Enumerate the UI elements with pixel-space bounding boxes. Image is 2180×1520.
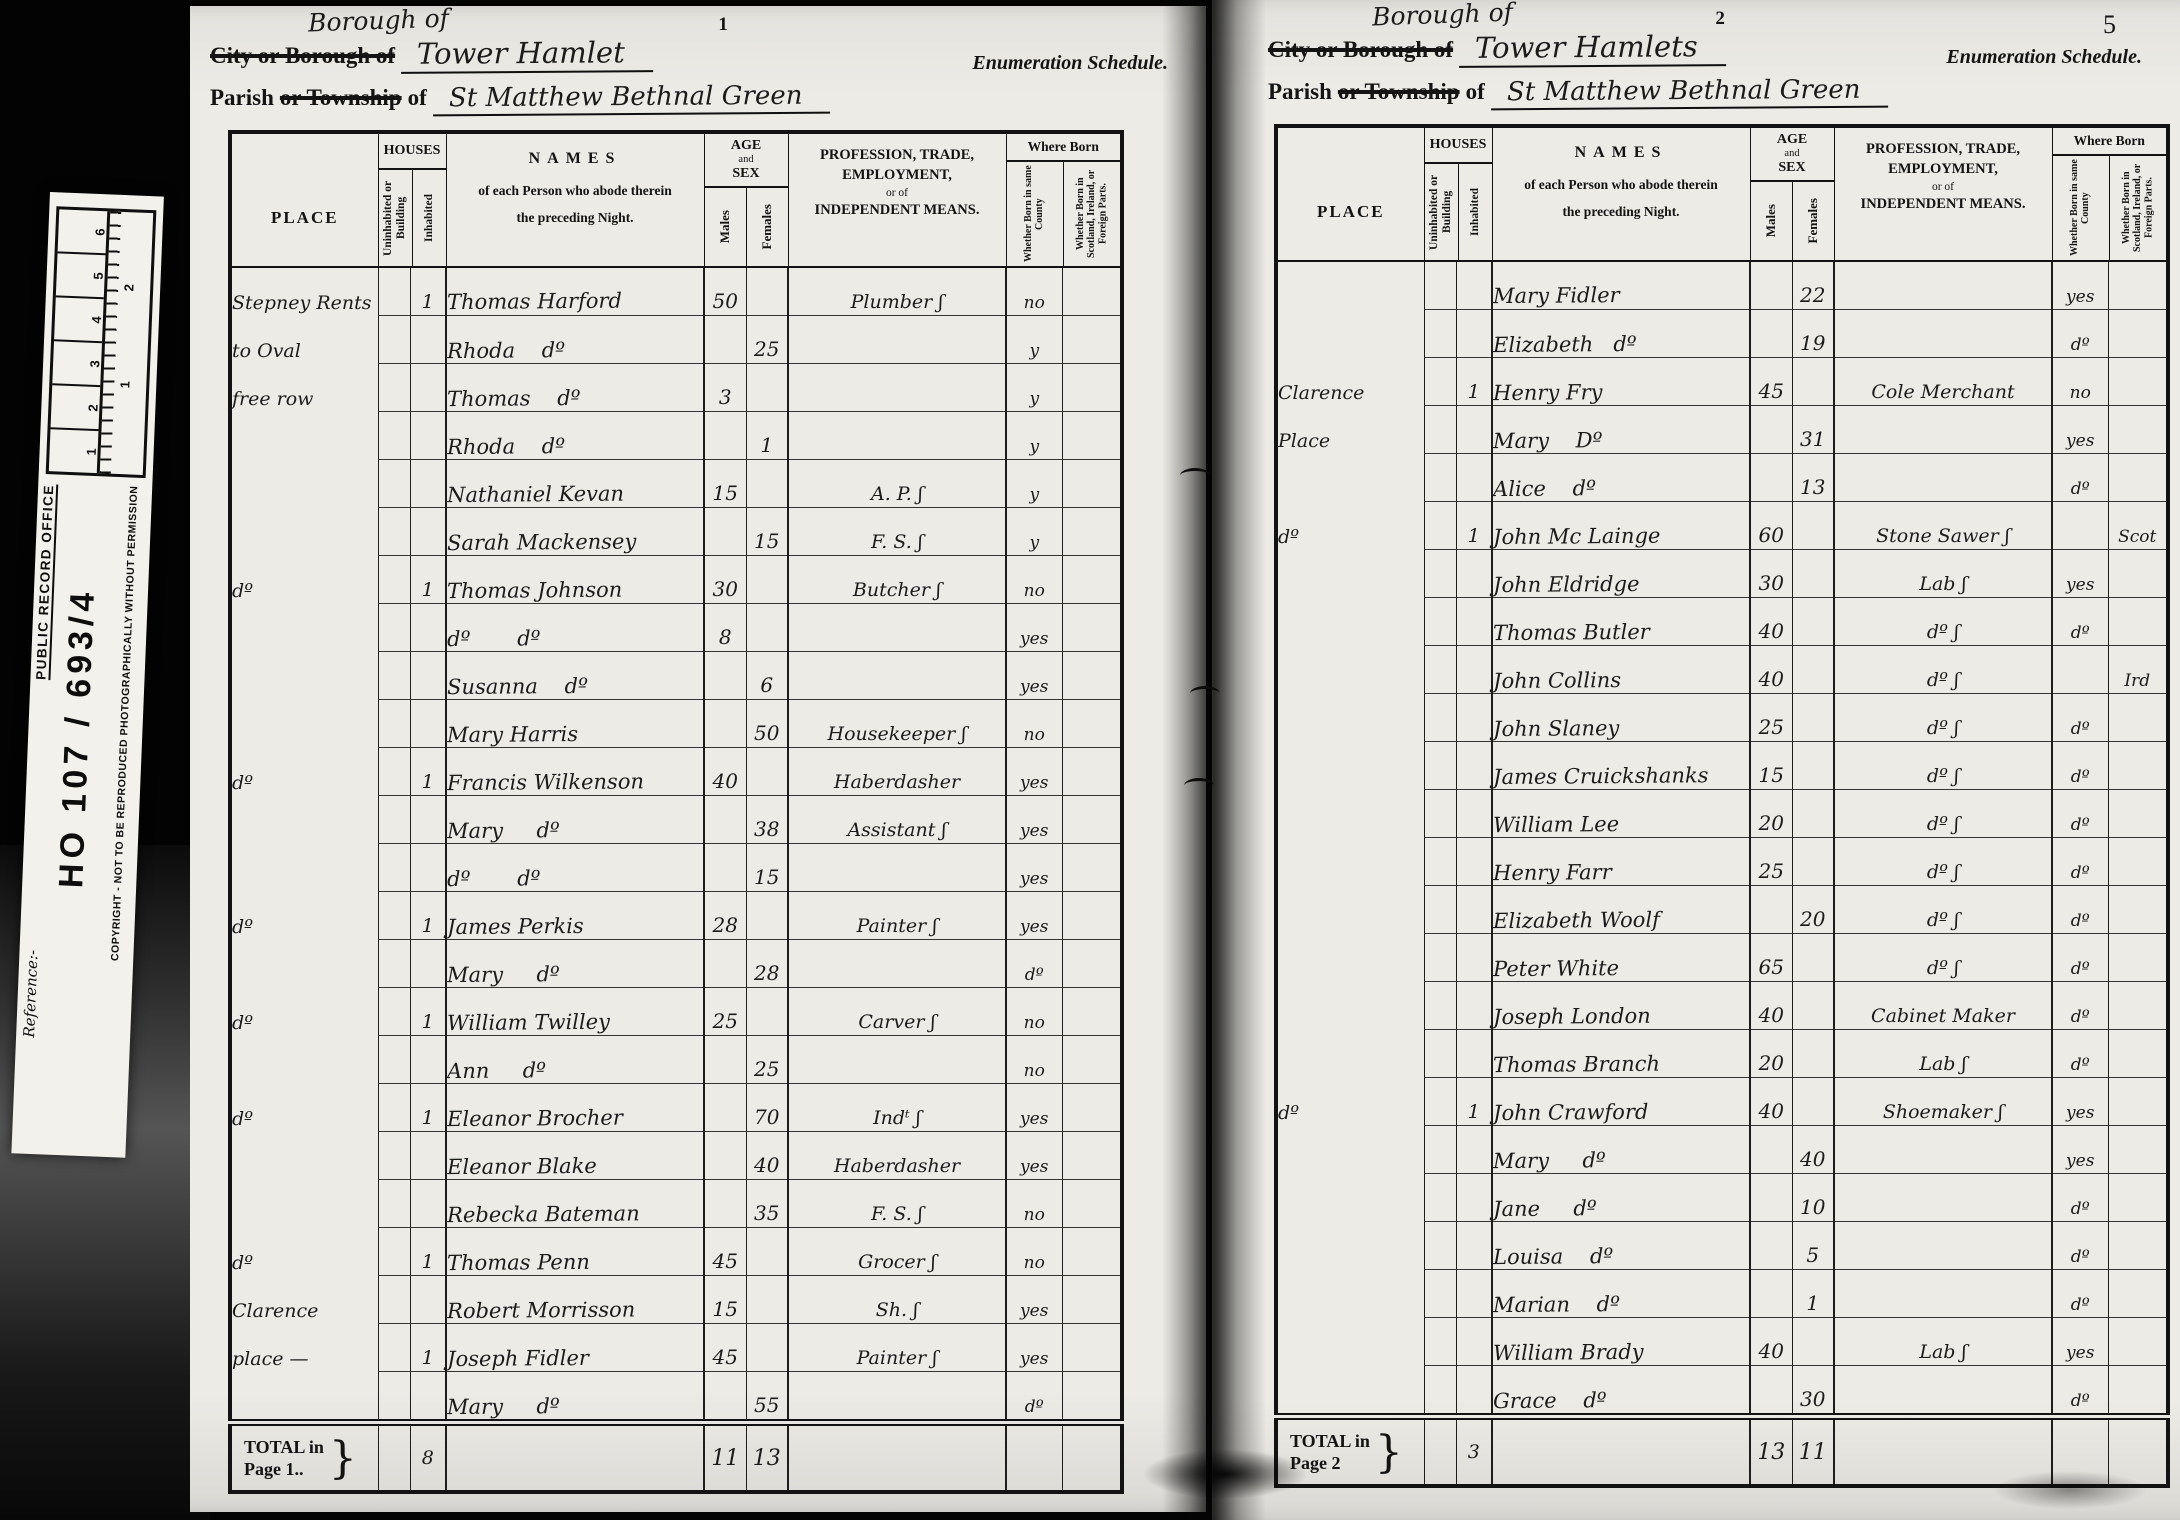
cell-profession: dº ʃ — [1834, 742, 2052, 790]
table-row: dº1John Mc Lainge60Stone Sawer ʃScot — [1276, 502, 2168, 550]
cell-uninhabited — [378, 364, 410, 412]
parish-label: Parish — [210, 85, 274, 111]
cell-females — [1792, 502, 1834, 550]
cell-total-profession — [788, 1423, 1006, 1493]
enumeration-schedule-label: Enumeration Schedule. — [972, 52, 1168, 75]
cell-county: no — [1006, 267, 1062, 316]
cell-name: Rebecka Bateman — [446, 1178, 704, 1228]
cell-name: Grace dº — [1492, 1364, 1750, 1417]
cell-profession: Cole Merchant — [1834, 358, 2052, 406]
cell-county: dº — [2052, 1222, 2108, 1270]
cell-name: William Lee — [1492, 788, 1750, 838]
ruler-cm-cell: 6 — [58, 209, 107, 255]
cell-inhabited: 1 — [410, 1084, 446, 1132]
table-row: PlaceMary Dº31yes — [1276, 406, 2168, 454]
table-row: Joseph London40Cabinet Makerdº — [1276, 982, 2168, 1030]
cell-profession: dº ʃ — [1834, 934, 2052, 982]
cell-inhabited — [1456, 550, 1492, 598]
cell-place: dº — [230, 892, 378, 940]
cell-other — [1062, 508, 1122, 556]
cell-uninhabited — [378, 1180, 410, 1228]
ink-smudge — [1990, 1470, 2150, 1510]
cell-county: y — [1006, 412, 1062, 460]
city-or-borough-label: City or Borough of — [210, 43, 395, 69]
cell-inhabited — [410, 364, 446, 412]
cell-place — [1276, 261, 1424, 310]
cell-profession — [788, 1036, 1006, 1084]
cell-other — [1062, 364, 1122, 412]
cell-total-names — [1492, 1417, 1750, 1487]
cell-uninhabited — [378, 604, 410, 652]
or-township-label: or Township — [280, 85, 402, 111]
cell-inhabited — [1456, 1222, 1492, 1270]
cell-name: Mary dº — [446, 794, 704, 844]
cell-other: Ird — [2108, 646, 2168, 694]
cell-county: dº — [2052, 694, 2108, 742]
cell-total-houses: 3 — [1456, 1417, 1492, 1487]
column-uninhabited: Uninhabited or Building — [1428, 166, 1454, 258]
cell-males — [704, 1084, 746, 1132]
census-page-2: 2 5 Borough of City or Borough of Tower … — [1212, 0, 2180, 1520]
cell-profession: Shoemaker ʃ — [1834, 1078, 2052, 1126]
column-place: PLACE — [230, 132, 378, 267]
cell-name: dº dº — [446, 842, 704, 892]
cell-males: 25 — [1750, 838, 1792, 886]
cell-name: Peter White — [1492, 932, 1750, 982]
cell-uninhabited — [378, 1324, 410, 1372]
cell-place: dº — [230, 556, 378, 604]
column-age-sex: AGE and SEX Males Females — [1750, 126, 1834, 261]
cell-males: 50 — [704, 267, 746, 316]
cell-males: 25 — [1750, 694, 1792, 742]
cell-inhabited — [410, 460, 446, 508]
cell-profession: Grocer ʃ — [788, 1228, 1006, 1276]
cell-uninhabited — [378, 844, 410, 892]
cell-inhabited: 1 — [410, 988, 446, 1036]
cell-county: dº — [2052, 1366, 2108, 1417]
cell-name: Robert Morrisson — [446, 1274, 704, 1324]
cell-other — [1062, 844, 1122, 892]
cell-uninhabited — [1424, 742, 1456, 790]
cell-uninhabited — [378, 316, 410, 364]
cell-other — [1062, 1324, 1122, 1372]
cell-uninhabited — [378, 988, 410, 1036]
column-inhabited: Inhabited — [423, 194, 436, 242]
cell-county: yes — [1006, 1084, 1062, 1132]
cell-other — [2108, 742, 2168, 790]
cell-place: to Oval — [230, 316, 378, 364]
cell-other — [1062, 1228, 1122, 1276]
column-profession: PROFESSION, TRADE, EMPLOYMENT, or of IND… — [788, 132, 1006, 267]
cell-inhabited: 1 — [410, 556, 446, 604]
table-row: Sarah Mackensey15F. S. ʃy — [230, 508, 1122, 556]
table-row: dº1William Twilley25Carver ʃno — [230, 988, 1122, 1036]
cell-place — [1276, 838, 1424, 886]
table-row: Elizabeth dº19dº — [1276, 310, 2168, 358]
cell-county: dº — [2052, 454, 2108, 502]
cell-uninhabited — [378, 652, 410, 700]
column-inhabited: Inhabited — [1469, 188, 1482, 236]
cell-uninhabited — [1424, 261, 1456, 310]
table-row: Thomas Butler40dº ʃdº — [1276, 598, 2168, 646]
cell-inhabited — [1456, 454, 1492, 502]
cell-inhabited — [1456, 646, 1492, 694]
cell-females: 15 — [746, 844, 788, 892]
cell-other — [1062, 700, 1122, 748]
cell-profession: Housekeeper ʃ — [788, 700, 1006, 748]
cell-county: yes — [1006, 796, 1062, 844]
cell-females: 1 — [746, 412, 788, 460]
cell-males: 40 — [1750, 1078, 1792, 1126]
cell-other — [2108, 454, 2168, 502]
cell-profession: dº ʃ — [1834, 694, 2052, 742]
parish-value: St Matthew Bethnal Green — [1491, 75, 1889, 111]
cell-name: dº dº — [446, 602, 704, 652]
cell-females: 13 — [1792, 454, 1834, 502]
cell-inhabited — [410, 1372, 446, 1423]
column-names: NAMES of each Person who abode therein t… — [446, 132, 704, 267]
cell-uninhabited — [1424, 1270, 1456, 1318]
cell-place: Clarence — [1276, 358, 1424, 406]
cell-females: 30 — [1792, 1366, 1834, 1417]
table-row: John Collins40dº ʃIrd — [1276, 646, 2168, 694]
cell-name: William Twilley — [446, 986, 704, 1036]
table-row: Rhoda dº1y — [230, 412, 1122, 460]
cell-females — [746, 1276, 788, 1324]
cell-uninhabited — [1424, 454, 1456, 502]
cell-females: 70 — [746, 1084, 788, 1132]
cell-males — [704, 1132, 746, 1180]
column-names: NAMES of each Person who abode therein t… — [1492, 126, 1750, 261]
cell-other — [1062, 748, 1122, 796]
cell-females — [746, 460, 788, 508]
cell-uninhabited — [378, 940, 410, 988]
cell-place: Clarence — [230, 1276, 378, 1324]
page-number: 2 — [1715, 8, 1725, 30]
cell-profession: F. S. ʃ — [788, 508, 1006, 556]
cell-males: 30 — [704, 556, 746, 604]
cell-males — [704, 844, 746, 892]
cell-county: no — [1006, 1036, 1062, 1084]
cell-county: yes — [1006, 844, 1062, 892]
cell-profession: Carver ʃ — [788, 988, 1006, 1036]
column-born-same-county: Whether Born in same County — [1023, 164, 1045, 264]
cell-place: dº — [1276, 502, 1424, 550]
cell-inhabited — [1456, 742, 1492, 790]
binding-stitch — [1180, 468, 1210, 483]
cell-other — [1062, 940, 1122, 988]
cell-name: Ann dº — [446, 1034, 704, 1084]
cell-county: dº — [2052, 1030, 2108, 1078]
cell-inhabited — [1456, 1174, 1492, 1222]
cell-inhabited: 1 — [1456, 358, 1492, 406]
table-row: dº1Eleanor Brocher70Indᵗ ʃyes — [230, 1084, 1122, 1132]
table-row: William Lee20dº ʃdº — [1276, 790, 2168, 838]
cell-males: 28 — [704, 892, 746, 940]
cell-other — [2108, 1174, 2168, 1222]
cell-profession — [788, 316, 1006, 364]
cell-females — [1792, 694, 1834, 742]
cell-females: 10 — [1792, 1174, 1834, 1222]
cell-county: y — [1006, 508, 1062, 556]
cell-males: 20 — [1750, 1030, 1792, 1078]
parish-label: Parish — [1268, 79, 1332, 105]
cell-other — [1062, 1276, 1122, 1324]
cell-place — [230, 652, 378, 700]
table-row: Grace dº30dº — [1276, 1366, 2168, 1417]
table-row: Nathaniel Kevan15A. P. ʃy — [230, 460, 1122, 508]
cell-uninhabited — [1424, 694, 1456, 742]
cell-name: John Eldridge — [1492, 548, 1750, 598]
cell-females: 25 — [746, 1036, 788, 1084]
cell-name: Elizabeth Woolf — [1492, 884, 1750, 934]
cell-profession — [788, 844, 1006, 892]
cell-county: yes — [2052, 1126, 2108, 1174]
cell-inhabited: 1 — [1456, 1078, 1492, 1126]
of-label: of — [1466, 79, 1485, 105]
cell-other — [1062, 267, 1122, 316]
cell-uninhabited — [1424, 406, 1456, 454]
cell-county: dº — [2052, 742, 2108, 790]
cell-name: John Collins — [1492, 644, 1750, 694]
column-where-born: Where Born Whether Born in same County W… — [1006, 132, 1122, 267]
cell-inhabited — [1456, 934, 1492, 982]
cell-females — [746, 604, 788, 652]
cell-name: Thomas Johnson — [446, 554, 704, 604]
of-label: of — [408, 85, 427, 111]
cell-county: dº — [2052, 790, 2108, 838]
cell-place — [230, 1180, 378, 1228]
cell-inhabited — [410, 652, 446, 700]
cell-name: Sarah Mackensey — [446, 506, 704, 556]
cell-name: Thomas Penn — [446, 1226, 704, 1276]
enumeration-table: PLACE HOUSES Uninhabited or Building Inh… — [1274, 124, 2170, 1488]
cell-inhabited — [410, 700, 446, 748]
cell-name: James Perkis — [446, 890, 704, 940]
cell-place: dº — [230, 748, 378, 796]
cell-name: Francis Wilkenson — [446, 746, 704, 796]
cell-females — [1792, 358, 1834, 406]
cell-males — [704, 796, 746, 844]
cell-males — [704, 412, 746, 460]
cell-profession — [788, 652, 1006, 700]
cell-name: Mary dº — [446, 1370, 704, 1423]
cell-county: yes — [2052, 550, 2108, 598]
table-row: free rowThomas dº3y — [230, 364, 1122, 412]
cell-uninhabited — [378, 508, 410, 556]
cell-profession — [1834, 261, 2052, 310]
cell-county: no — [2052, 358, 2108, 406]
handwritten-borough-of: Borough of — [308, 4, 450, 38]
ruler-inch-scale: 2 1 — [96, 211, 153, 475]
cell-females — [746, 267, 788, 316]
cell-females: 40 — [1792, 1126, 1834, 1174]
table-row: Mary dº40yes — [1276, 1126, 2168, 1174]
cell-other — [1062, 556, 1122, 604]
cell-other — [1062, 892, 1122, 940]
cell-name: Alice dº — [1492, 452, 1750, 502]
binding-stitch — [1190, 686, 1220, 701]
cell-name: Eleanor Blake — [446, 1130, 704, 1180]
reference-number: HO 107 / 693/4 — [52, 587, 103, 889]
cell-county: no — [1006, 1228, 1062, 1276]
table-row: Jane dº10dº — [1276, 1174, 2168, 1222]
cell-place — [1276, 1126, 1424, 1174]
cell-name: James Cruickshanks — [1492, 740, 1750, 790]
cell-females — [746, 1228, 788, 1276]
cell-profession: Indᵗ ʃ — [788, 1084, 1006, 1132]
census-scan: 654321 2 1 PUBLIC RECORD OFFICE HO 107 /… — [0, 0, 2180, 1520]
cell-females: 55 — [746, 1372, 788, 1423]
parish-value: St Matthew Bethnal Green — [433, 81, 831, 117]
cell-name: Mary dº — [1492, 1124, 1750, 1174]
cell-males: 40 — [704, 748, 746, 796]
cell-name: John Crawford — [1492, 1076, 1750, 1126]
record-office-label: PUBLIC RECORD OFFICE — [33, 484, 56, 680]
cell-uninhabited — [378, 796, 410, 844]
table-row: Clarence1Henry Fry45Cole Merchantno — [1276, 358, 2168, 406]
cell-county: y — [1006, 460, 1062, 508]
column-where-born: Where Born Whether Born in same County W… — [2052, 126, 2168, 261]
cell-profession: dº ʃ — [1834, 598, 2052, 646]
cell-uninhabited — [1424, 550, 1456, 598]
table-row: Eleanor Blake40Haberdasheryes — [230, 1132, 1122, 1180]
cell-name: Susanna dº — [446, 650, 704, 700]
cell-females: 15 — [746, 508, 788, 556]
cell-place — [1276, 934, 1424, 982]
cell-name: Rhoda dº — [446, 314, 704, 364]
table-row: Marian dº1dº — [1276, 1270, 2168, 1318]
cell-county: no — [1006, 700, 1062, 748]
page-header: 1 Borough of City or Borough of Tower Ha… — [190, 6, 1206, 130]
cell-place — [230, 508, 378, 556]
cell-profession — [1834, 310, 2052, 358]
cell-inhabited — [410, 796, 446, 844]
cell-profession: Lab ʃ — [1834, 1030, 2052, 1078]
cell-name: Mary Dº — [1492, 404, 1750, 454]
cell-females — [1792, 1030, 1834, 1078]
cell-county: dº — [2052, 982, 2108, 1030]
column-houses: HOUSES Uninhabited or Building Inhabited — [1424, 126, 1492, 261]
cell-inhabited — [410, 316, 446, 364]
cell-inhabited: 1 — [410, 1324, 446, 1372]
cell-uninhabited — [1424, 1174, 1456, 1222]
cell-name: Thomas Branch — [1492, 1028, 1750, 1078]
cell-males: 20 — [1750, 790, 1792, 838]
cell-total-females: 13 — [746, 1423, 788, 1493]
cell-county: yes — [1006, 1324, 1062, 1372]
cell-name: Elizabeth dº — [1492, 308, 1750, 358]
cell-place: free row — [230, 364, 378, 412]
cell-uninhabited — [1424, 1318, 1456, 1366]
cell-other — [2108, 550, 2168, 598]
cell-place — [230, 940, 378, 988]
cell-profession: Plumber ʃ — [788, 267, 1006, 316]
cell-county: yes — [1006, 604, 1062, 652]
cell-place — [230, 1132, 378, 1180]
table-row: Henry Farr25dº ʃdº — [1276, 838, 2168, 886]
cell-females: 20 — [1792, 886, 1834, 934]
cell-total-names — [446, 1423, 704, 1493]
cell-profession: Butcher ʃ — [788, 556, 1006, 604]
cell-county: y — [1006, 364, 1062, 412]
cell-inhabited — [410, 508, 446, 556]
cell-place — [230, 700, 378, 748]
cell-other — [2108, 406, 2168, 454]
table-row: Stepney Rents1Thomas Harford50Plumber ʃn… — [230, 267, 1122, 316]
cell-males — [1750, 454, 1792, 502]
cell-other — [1062, 604, 1122, 652]
cell-county: yes — [1006, 892, 1062, 940]
table-row: Elizabeth Woolf20dº ʃdº — [1276, 886, 2168, 934]
cell-inhabited — [410, 844, 446, 892]
cell-inhabited — [410, 412, 446, 460]
cell-males: 45 — [1750, 358, 1792, 406]
cell-other — [2108, 1126, 2168, 1174]
cell-other — [2108, 1318, 2168, 1366]
cell-place — [230, 412, 378, 460]
ink-smudge — [1140, 1448, 1310, 1500]
cell-county: yes — [1006, 1132, 1062, 1180]
borough-value: Tower Hamlets — [1459, 29, 1726, 68]
cell-males: 15 — [704, 460, 746, 508]
cell-other — [2108, 310, 2168, 358]
cell-males: 40 — [1750, 1318, 1792, 1366]
cell-county: yes — [2052, 261, 2108, 310]
cell-inhabited — [1456, 261, 1492, 310]
cell-place — [1276, 646, 1424, 694]
cell-place: Stepney Rents — [230, 267, 378, 316]
cell-total-uninhabited — [1424, 1417, 1456, 1487]
column-born-same-county: Whether Born in same County — [2069, 158, 2091, 258]
cell-profession: dº ʃ — [1834, 886, 2052, 934]
cell-other: Scot — [2108, 502, 2168, 550]
cell-females — [746, 364, 788, 412]
cell-county: dº — [1006, 1372, 1062, 1423]
cell-county: no — [1006, 988, 1062, 1036]
cell-uninhabited — [1424, 358, 1456, 406]
cell-profession: A. P. ʃ — [788, 460, 1006, 508]
enumeration-schedule-label: Enumeration Schedule. — [1946, 46, 2142, 69]
cell-uninhabited — [1424, 310, 1456, 358]
cell-other — [1062, 796, 1122, 844]
column-place: PLACE — [1276, 126, 1424, 261]
cell-females: 25 — [746, 316, 788, 364]
cell-profession: dº ʃ — [1834, 790, 2052, 838]
table-row: ClarenceRobert Morrisson15Sh. ʃyes — [230, 1276, 1122, 1324]
table-row: dº dº15yes — [230, 844, 1122, 892]
cell-county: yes — [1006, 748, 1062, 796]
cell-county: dº — [2052, 934, 2108, 982]
cell-females: 50 — [746, 700, 788, 748]
cell-inhabited — [410, 1180, 446, 1228]
table-row: Mary Fidler22yes — [1276, 261, 2168, 310]
cell-inhabited — [1456, 1126, 1492, 1174]
cell-name: Thomas Butler — [1492, 596, 1750, 646]
cell-females: 19 — [1792, 310, 1834, 358]
cell-place — [230, 844, 378, 892]
cell-profession: dº ʃ — [1834, 646, 2052, 694]
cell-inhabited — [1456, 790, 1492, 838]
cell-males — [1750, 1174, 1792, 1222]
column-profession: PROFESSION, TRADE, EMPLOYMENT, or of IND… — [1834, 126, 2052, 261]
cell-uninhabited — [378, 556, 410, 604]
ruler-cm-cell: 5 — [56, 253, 105, 299]
cell-county: dº — [2052, 1270, 2108, 1318]
cell-males — [1750, 1366, 1792, 1417]
cell-place — [230, 796, 378, 844]
cell-place: dº — [230, 1228, 378, 1276]
